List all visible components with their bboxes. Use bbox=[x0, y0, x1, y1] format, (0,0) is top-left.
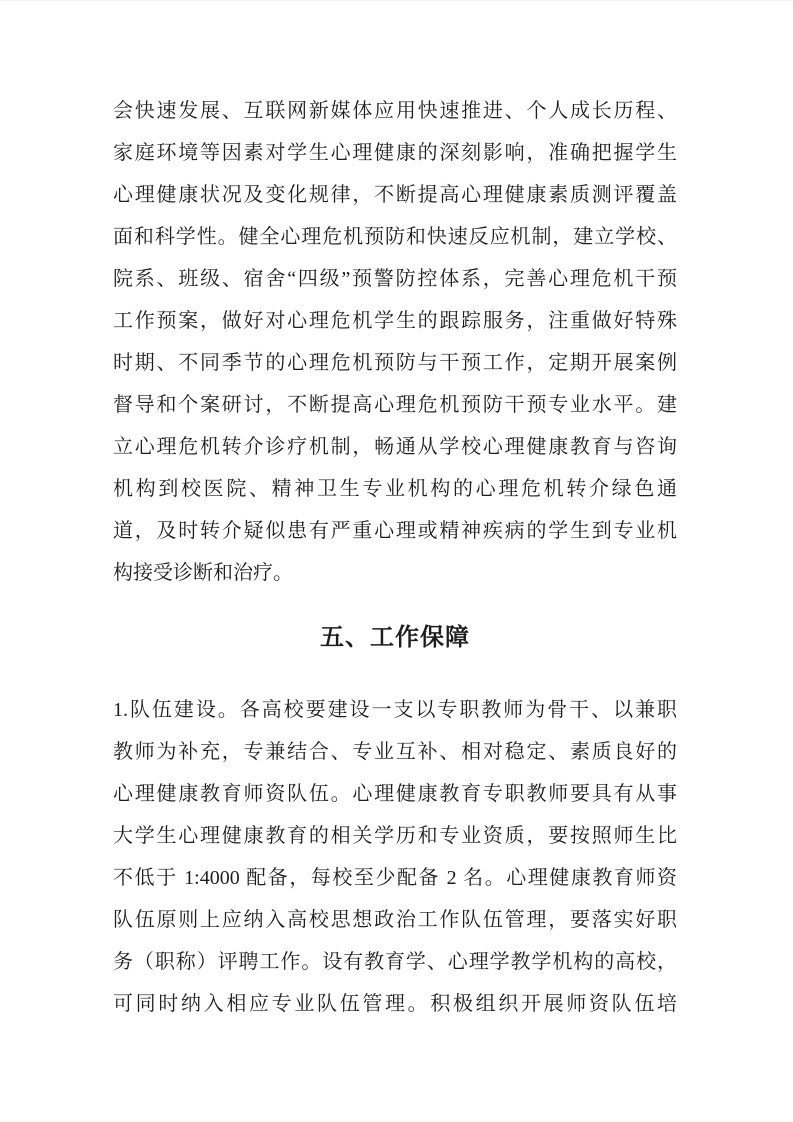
text-line: 不低于 1:4000 配备，每校至少配备 2 名。心理健康教育师资 bbox=[113, 857, 677, 899]
text-line: 教师为补充，专兼结合、专业互补、相对稳定、素质良好的 bbox=[113, 731, 677, 773]
text-line: 1.队伍建设。各高校要建设一支以专职教师为骨干、以兼职 bbox=[113, 689, 677, 731]
paragraph-team-building: 1.队伍建设。各高校要建设一支以专职教师为骨干、以兼职 教师为补充，专兼结合、专… bbox=[113, 689, 677, 1025]
text-line: 心理健康教育师资队伍。心理健康教育专职教师要具有从事 bbox=[113, 773, 677, 815]
text-line: 工作预案，做好对心理危机学生的跟踪服务，注重做好特殊 bbox=[113, 300, 677, 342]
text-line: 时期、不同季节的心理危机预防与干预工作，定期开展案例 bbox=[113, 342, 677, 384]
text-line: 立心理危机转介诊疗机制，畅通从学校心理健康教育与咨询 bbox=[113, 426, 677, 468]
text-line: 家庭环境等因素对学生心理健康的深刻影响，准确把握学生 bbox=[113, 132, 677, 174]
text-line: 机构到校医院、精神卫生专业机构的心理危机转介绿色通 bbox=[113, 468, 677, 510]
section-heading: 五、工作保障 bbox=[113, 617, 677, 659]
text-line: 可同时纳入相应专业队伍管理。积极组织开展师资队伍培 bbox=[113, 983, 677, 1025]
paragraph-crisis-prevention: 会快速发展、互联网新媒体应用快速推进、个人成长历程、 家庭环境等因素对学生心理健… bbox=[113, 90, 677, 594]
text-line: 心理健康状况及变化规律，不断提高心理健康素质测评覆盖 bbox=[113, 174, 677, 216]
document-page: 会快速发展、互联网新媒体应用快速推进、个人成长历程、 家庭环境等因素对学生心理健… bbox=[0, 0, 793, 1122]
text-line: 道，及时转介疑似患有严重心理或精神疾病的学生到专业机 bbox=[113, 510, 677, 552]
text-line: 队伍原则上应纳入高校思想政治工作队伍管理，要落实好职 bbox=[113, 899, 677, 941]
text-line: 督导和个案研讨，不断提高心理危机预防干预专业水平。建 bbox=[113, 384, 677, 426]
text-line: 面和科学性。健全心理危机预防和快速反应机制，建立学校、 bbox=[113, 216, 677, 258]
text-line: 构接受诊断和治疗。 bbox=[113, 552, 677, 594]
text-line: 院系、班级、宿舍“四级”预警防控体系，完善心理危机干预 bbox=[113, 258, 677, 300]
page-content: 会快速发展、互联网新媒体应用快速推进、个人成长历程、 家庭环境等因素对学生心理健… bbox=[113, 90, 677, 1025]
text-line: 会快速发展、互联网新媒体应用快速推进、个人成长历程、 bbox=[113, 90, 677, 132]
text-line: 大学生心理健康教育的相关学历和专业资质，要按照师生比 bbox=[113, 815, 677, 857]
text-line: 务（职称）评聘工作。设有教育学、心理学教学机构的高校， bbox=[113, 941, 677, 983]
